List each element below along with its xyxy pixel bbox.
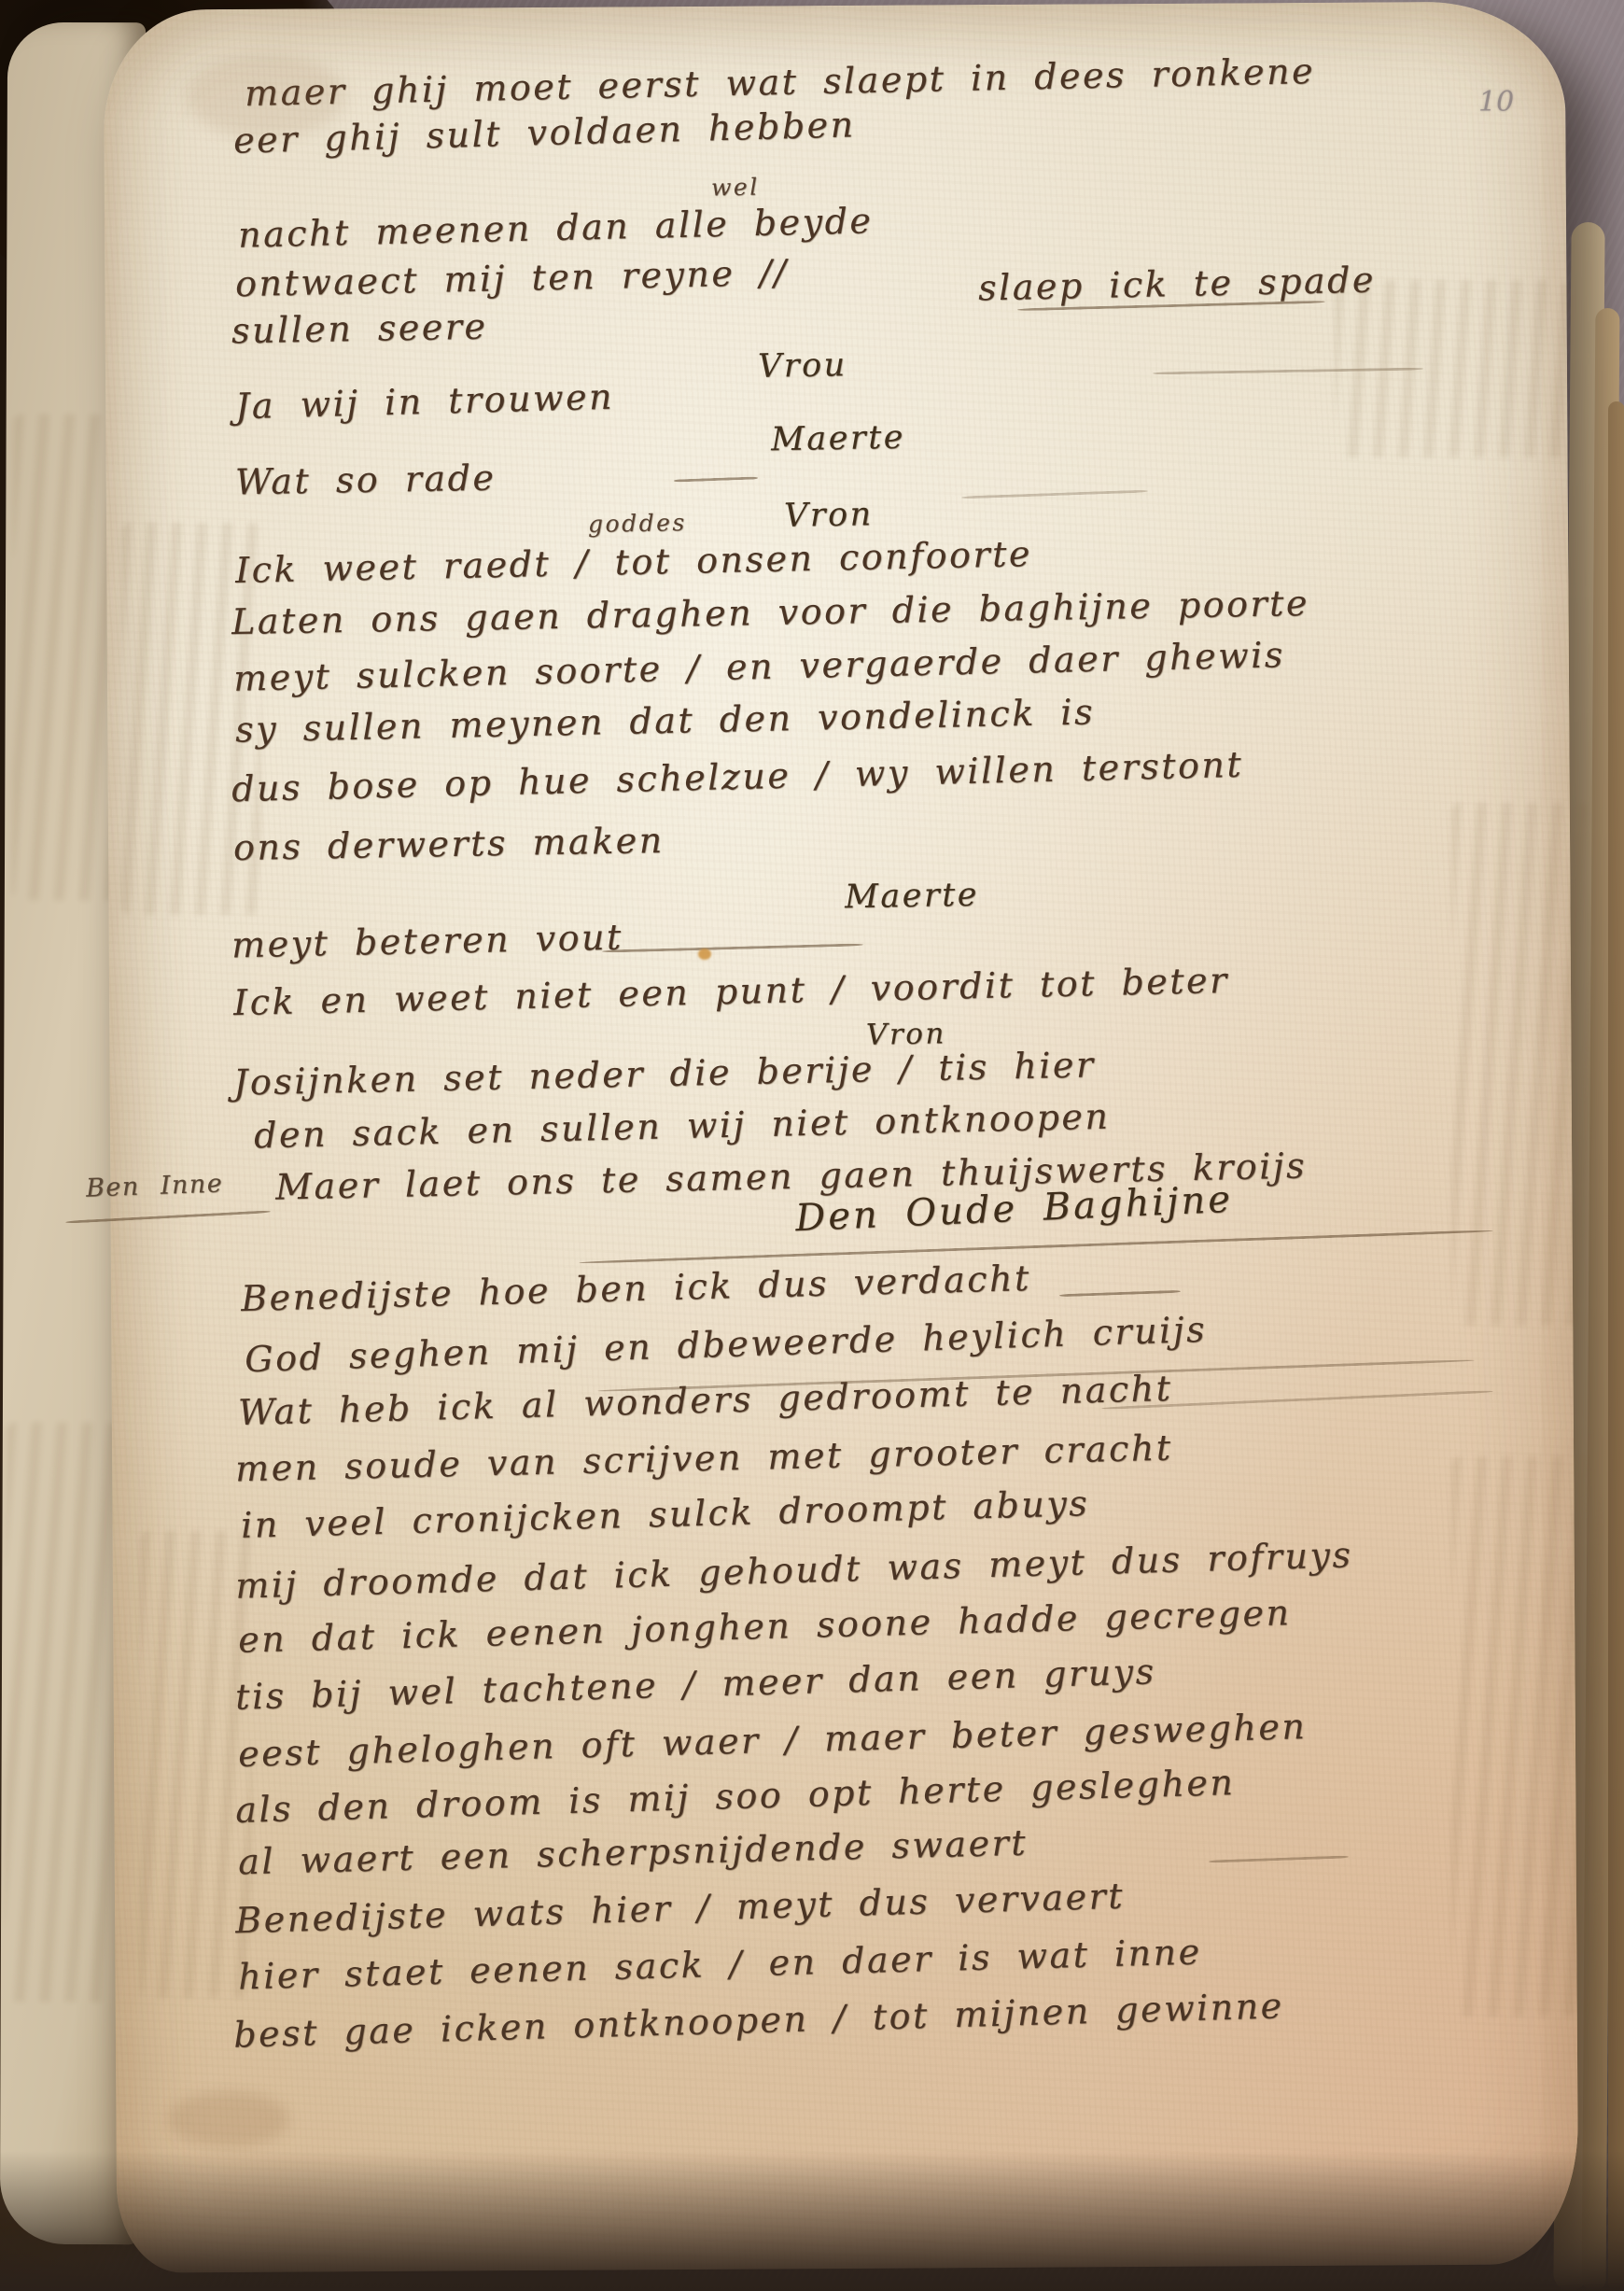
verse-line: nacht meenen dan alle beyde <box>238 200 874 255</box>
stain <box>698 949 711 960</box>
verse-line: en dat ick eenen jonghen soone hadde gec… <box>238 1592 1292 1661</box>
verse-line: ons derwerts maken <box>233 820 665 868</box>
interlinear-insertion: wel <box>711 174 760 202</box>
verse-line: men soude van scrijven met grooter crach… <box>235 1427 1173 1490</box>
speaker-label: Vron <box>784 496 874 535</box>
verse-line: Ja wij in trouwen <box>234 376 614 428</box>
verse-line: Wat so rade <box>235 457 497 503</box>
verse-line: in veel cronijcken sulck droompt abuys <box>241 1483 1090 1546</box>
folio-number: 10 <box>1478 86 1514 119</box>
verse-line: God seghen mij en dbeweerde heylich crui… <box>245 1309 1208 1380</box>
verse-line: sullen seere <box>231 306 488 352</box>
heading-underline-flourish <box>579 1230 1493 1264</box>
verse-line: tis bij wel tachtene / meer dan een gruy… <box>235 1651 1157 1718</box>
verse-line: sy sullen meynen dat den vondelinck is <box>235 691 1096 750</box>
verse-line: Ick en weet niet een punt / voordit tot … <box>233 960 1229 1023</box>
bleed-through-mark <box>1451 1456 1601 2017</box>
ink-flourish <box>1209 1855 1349 1862</box>
verse-line: Laten ons gaen draghen voor die baghijne… <box>231 583 1310 642</box>
margin-note: Ben Inne <box>86 1169 224 1202</box>
speaker-label: Maerte <box>771 419 906 459</box>
speaker-label: Vrou <box>758 346 847 386</box>
speaker-label: Maerte <box>845 877 980 917</box>
verse-line: maer ghij moet eerst wat slaept in dees … <box>245 50 1316 114</box>
verse-line: Ick weet raedt / tot onsen confoorte <box>235 533 1033 591</box>
verse-line: meyt beteren vout <box>231 917 624 966</box>
bleed-through-mark <box>1451 803 1591 1326</box>
ink-flourish <box>961 490 1148 499</box>
bleed-through-mark <box>140 1531 252 1998</box>
ink-flourish <box>602 943 863 952</box>
verse-line: dus bose op hue schelzue / wy willen ter… <box>231 744 1244 809</box>
verse-line: al waert een scherpsnijdende swaert <box>238 1822 1029 1883</box>
stain <box>168 2091 289 2147</box>
margin-flourish <box>65 1210 271 1224</box>
verse-line: den sack en sullen wij niet ontknoopen <box>254 1096 1111 1157</box>
interlinear-insertion: goddes <box>588 509 687 538</box>
verse-line: Wat heb ick al wonders gedroomt te nacht <box>238 1368 1173 1433</box>
verse-line: meyt sulcken soorte / en vergaerde daer … <box>233 634 1286 699</box>
verse-line: best gae icken ontknoopen / tot mijnen g… <box>233 1985 1285 2055</box>
stain <box>187 54 345 138</box>
ink-layer: 10 maer ghij moet eerst wat slaept in de… <box>0 0 1624 2291</box>
bottom-shadow <box>0 2151 1624 2291</box>
ink-flourish <box>1059 1290 1181 1298</box>
verse-line: ontwaect mij ten reyne // <box>235 252 789 304</box>
bleed-through-mark <box>121 523 261 915</box>
verse-line: Benedijste hoe ben ick dus verdacht <box>241 1258 1032 1319</box>
manuscript-photo: ock ne b 10 maer ghij moet eerst wat sla… <box>0 0 1624 2291</box>
verse-line: hier staet eenen sack / en daer is wat i… <box>238 1931 1202 1997</box>
verse-line: Josijnken set neder die berije / tis hie… <box>233 1044 1096 1103</box>
bleed-through-mark <box>1335 280 1568 457</box>
ink-flourish <box>674 476 758 482</box>
verse-line: als den droom is mij soo opt herte gesle… <box>235 1762 1236 1831</box>
verse-line: Benedijste wats hier / meyt dus vervaert <box>235 1876 1126 1942</box>
